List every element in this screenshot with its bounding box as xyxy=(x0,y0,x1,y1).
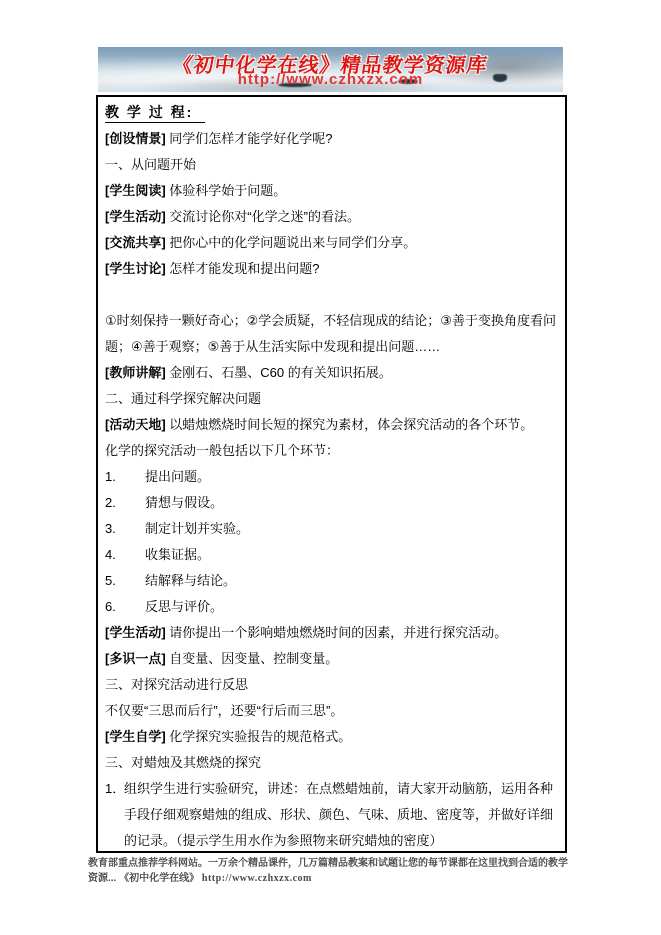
paragraph: [学生阅读] 体验科学始于问题。 xyxy=(105,178,557,204)
paragraph-text: 收集证据。 xyxy=(145,542,557,568)
heading-line: 教 学 过 程: xyxy=(105,100,557,126)
paragraph: ①时刻保持一颗好奇心；②学会质疑，不轻信现成的结论；③善于变换角度看问题；④善于… xyxy=(105,308,557,360)
paragraph: [多识一点] 自变量、因变量、控制变量。 xyxy=(105,646,557,672)
paragraph: 三、对探究活动进行反思 xyxy=(105,672,557,698)
paragraph-tag: [交流共享] xyxy=(105,235,169,250)
paragraph-text: 请你提出一个影响蜡烛燃烧时间的因素，并进行探究活动。 xyxy=(169,625,507,640)
paragraph: [创设情景] 同学们怎样才能学好化学呢? xyxy=(105,126,557,152)
paragraph-text: 结解释与结论。 xyxy=(145,568,557,594)
footer-text: 教育部重点推荐学科网站。一万余个精品课件，几万篇精品教案和试题让您的每节课都在这… xyxy=(88,858,568,884)
page: { "banner": { "title": "《初中化学在线》精品教学资源库"… xyxy=(0,0,661,935)
paragraph: [学生自学] 化学探究实验报告的规范格式。 xyxy=(105,724,557,750)
paragraph-text: 组织学生进行实验研究，讲述：在点燃蜡烛前，请大家开动脑筋，运用各种手段仔细观察蜡… xyxy=(124,776,557,853)
paragraph-text: 猜想与假设。 xyxy=(145,490,557,516)
paragraph-text: 二、通过科学探究解决问题 xyxy=(105,391,261,406)
numbered-item: 1.提出问题。 xyxy=(105,464,557,490)
paragraph: 不仅要“三思而后行”，还要“行后而三思”。 xyxy=(105,698,557,724)
numbered-item: 6.反思与评价。 xyxy=(105,594,557,620)
paragraph-text: 化学的探究活动一般包括以下几个环节： xyxy=(105,443,339,458)
numbered-item: 3.制定计划并实验。 xyxy=(105,516,557,542)
list-number: 3. xyxy=(105,516,145,542)
paragraph-tag: [学生自学] xyxy=(105,729,169,744)
numbered-item: 5.结解释与结论。 xyxy=(105,568,557,594)
paragraph: 三、对蜡烛及其燃烧的探究 xyxy=(105,750,557,776)
paragraph: [活动天地] 以蜡烛燃烧时间长短的探究为素材，体会探究活动的各个环节。 xyxy=(105,412,557,438)
paragraph: 二、通过科学探究解决问题 xyxy=(105,386,557,412)
list-number: 2. xyxy=(105,490,145,516)
list-number: 1． xyxy=(105,776,124,853)
paragraph-text: 三、对探究活动进行反思 xyxy=(105,677,248,692)
paragraph-text: 化学探究实验报告的规范格式。 xyxy=(169,729,351,744)
banner-url: http://www.czhxzx.com xyxy=(98,71,563,88)
paragraph-text: 体验科学始于问题。 xyxy=(169,183,286,198)
document-body[interactable]: [创设情景] 同学们怎样才能学好化学呢?一、从问题开始[学生阅读] 体验科学始于… xyxy=(105,126,557,853)
paragraph: [学生活动] 交流讨论你对“化学之迷”的看法。 xyxy=(105,204,557,230)
paragraph-text: 提出问题。 xyxy=(145,464,557,490)
numbered-item: 2.猜想与假设。 xyxy=(105,490,557,516)
document-box[interactable]: 教 学 过 程: [创设情景] 同学们怎样才能学好化学呢?一、从问题开始[学生阅… xyxy=(96,95,567,853)
paragraph-text: 反思与评价。 xyxy=(145,594,557,620)
list-number: 4. xyxy=(105,542,145,568)
blank-line xyxy=(105,282,557,308)
paragraph-text: 怎样才能发现和提出问题? xyxy=(169,261,319,276)
list-number: 1. xyxy=(105,464,145,490)
paragraph-text: 金刚石、石墨、C60 的有关知识拓展。 xyxy=(169,365,391,380)
paragraph: [教师讲解] 金刚石、石墨、C60 的有关知识拓展。 xyxy=(105,360,557,386)
paragraph-text: 同学们怎样才能学好化学呢? xyxy=(169,131,332,146)
list-number: 5. xyxy=(105,568,145,594)
paragraph-text: ①时刻保持一颗好奇心；②学会质疑，不轻信现成的结论；③善于变换角度看问题；④善于… xyxy=(105,313,556,354)
paragraph-text: 自变量、因变量、控制变量。 xyxy=(169,651,338,666)
site-banner-image: 《初中化学在线》精品教学资源库 http://www.czhxzx.com xyxy=(98,47,563,92)
paragraph-tag: [活动天地] xyxy=(105,417,169,432)
paragraph-text: 三、对蜡烛及其燃烧的探究 xyxy=(105,755,261,770)
paragraph-tag: [多识一点] xyxy=(105,651,169,666)
paragraph: [学生活动] 请你提出一个影响蜡烛燃烧时间的因素，并进行探究活动。 xyxy=(105,620,557,646)
paragraph: 一、从问题开始 xyxy=(105,152,557,178)
paragraph: 化学的探究活动一般包括以下几个环节： xyxy=(105,438,557,464)
paragraph-tag: [学生活动] xyxy=(105,209,169,224)
paragraph: [交流共享] 把你心中的化学问题说出来与同学们分享。 xyxy=(105,230,557,256)
paragraph-tag: [学生活动] xyxy=(105,625,169,640)
paragraph-tag: [创设情景] xyxy=(105,131,169,146)
paragraph-text: 把你心中的化学问题说出来与同学们分享。 xyxy=(169,235,416,250)
numbered-item: 1．组织学生进行实验研究，讲述：在点燃蜡烛前，请大家开动脑筋，运用各种手段仔细观… xyxy=(105,776,557,853)
paragraph-tag: [教师讲解] xyxy=(105,365,169,380)
page-footer: 教育部重点推荐学科网站。一万余个精品课件，几万篇精品教案和试题让您的每节课都在这… xyxy=(88,856,572,886)
paragraph-text: 交流讨论你对“化学之迷”的看法。 xyxy=(169,209,360,224)
paragraph-text: 制定计划并实验。 xyxy=(145,516,557,542)
paragraph-text: 以蜡烛燃烧时间长短的探究为素材，体会探究活动的各个环节。 xyxy=(169,417,533,432)
paragraph-text: 不仅要“三思而后行”，还要“行后而三思”。 xyxy=(105,703,343,718)
paragraph: [学生讨论] 怎样才能发现和提出问题? xyxy=(105,256,557,282)
numbered-item: 4.收集证据。 xyxy=(105,542,557,568)
list-number: 6. xyxy=(105,594,145,620)
paragraph-text: 一、从问题开始 xyxy=(105,157,196,172)
document-heading: 教 学 过 程: xyxy=(105,102,205,123)
paragraph-tag: [学生讨论] xyxy=(105,261,169,276)
paragraph-tag: [学生阅读] xyxy=(105,183,169,198)
footer-url: http://www.czhxzx.com xyxy=(202,873,312,884)
